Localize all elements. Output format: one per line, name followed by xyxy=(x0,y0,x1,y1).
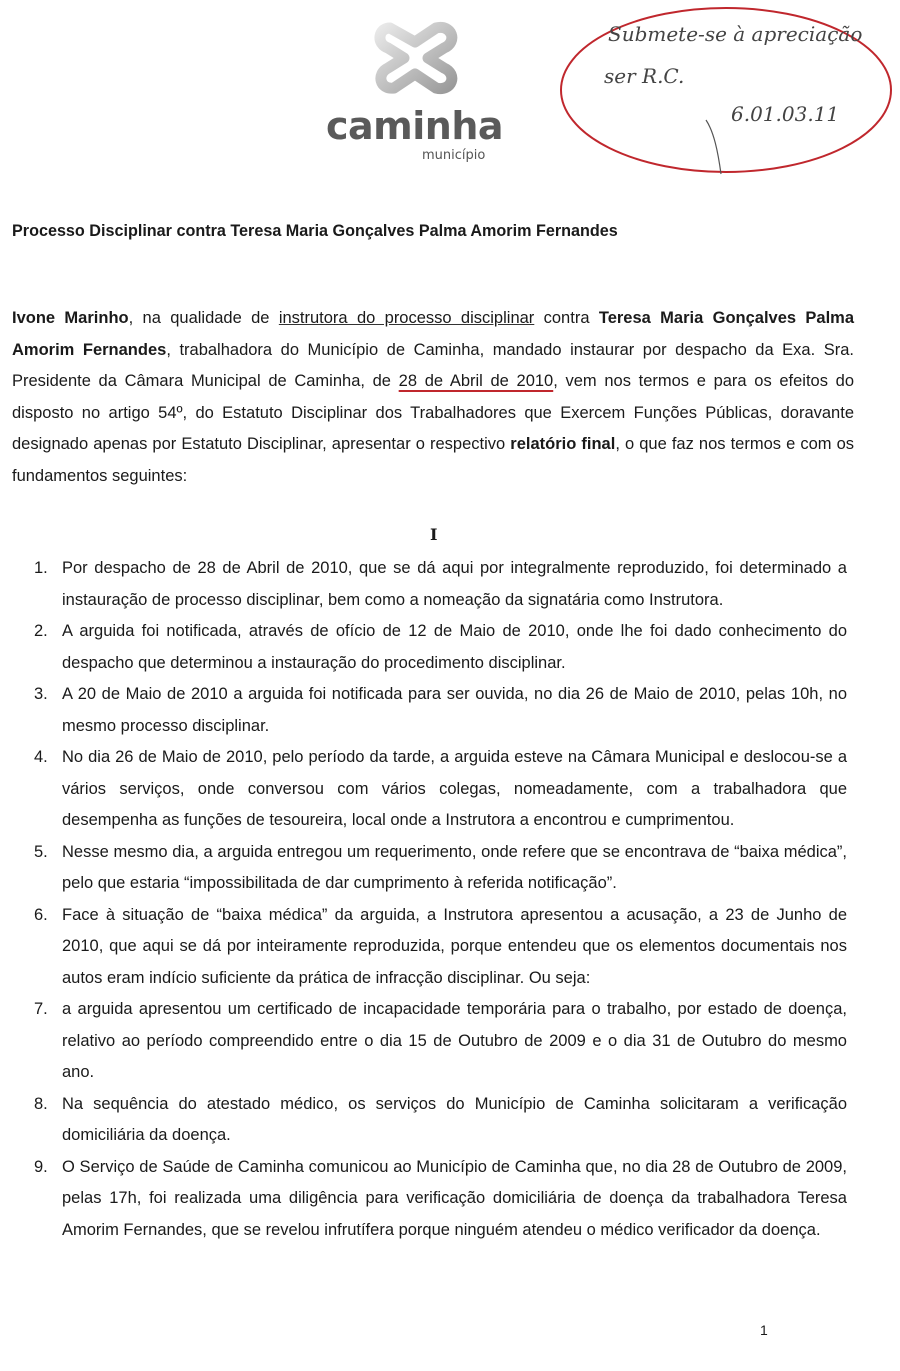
list-item: 9.O Serviço de Saúde de Caminha comunico… xyxy=(0,1152,847,1247)
municipality-logo: caminha município xyxy=(318,18,518,158)
list-item-number: 3. xyxy=(34,679,48,711)
list-item: 6.Face à situação de “baixa médica” da a… xyxy=(0,900,847,995)
logo-subtitle: município xyxy=(422,148,485,163)
list-item: 2.A arguida foi notificada, através de o… xyxy=(0,616,847,679)
list-item: 7.a arguida apresentou um certificado de… xyxy=(0,994,847,1089)
list-item-text: Nesse mesmo dia, a arguida entregou um r… xyxy=(62,843,847,893)
list-item-text: Na sequência do atestado médico, os serv… xyxy=(62,1095,847,1145)
intro-text: contra xyxy=(534,309,599,327)
list-item-text: Face à situação de “baixa médica” da arg… xyxy=(62,906,847,987)
annotation-line-2: ser R.C. xyxy=(604,64,684,88)
list-item-number: 5. xyxy=(34,837,48,869)
list-item: 8.Na sequência do atestado médico, os se… xyxy=(0,1089,847,1152)
numbered-list: 1.Por despacho de 28 de Abril de 2010, q… xyxy=(0,553,900,1246)
instructor-name: Ivone Marinho xyxy=(12,309,129,327)
instructor-role: instrutora do processo disciplinar xyxy=(279,309,534,327)
list-item: 3.A 20 de Maio de 2010 a arguida foi not… xyxy=(0,679,847,742)
list-item: 5.Nesse mesmo dia, a arguida entregou um… xyxy=(0,837,847,900)
list-item-number: 2. xyxy=(34,616,48,648)
logo-wordmark: caminha xyxy=(326,106,503,146)
list-item: 1.Por despacho de 28 de Abril de 2010, q… xyxy=(0,553,847,616)
list-item-text: A 20 de Maio de 2010 a arguida foi notif… xyxy=(62,685,847,735)
document-title: Processo Disciplinar contra Teresa Maria… xyxy=(12,222,618,241)
list-item-number: 9. xyxy=(34,1152,48,1184)
caminha-logo-mark-icon xyxy=(370,18,460,98)
list-item-number: 7. xyxy=(34,994,48,1026)
intro-text: , na qualidade de xyxy=(129,309,279,327)
list-item-text: a arguida apresentou um certificado de i… xyxy=(62,1000,847,1081)
report-label: relatório final xyxy=(510,435,615,453)
intro-paragraph: Ivone Marinho, na qualidade de instrutor… xyxy=(12,303,854,492)
list-item-text: A arguida foi notificada, através de ofí… xyxy=(62,622,847,672)
section-heading: I xyxy=(430,525,437,544)
list-item-number: 6. xyxy=(34,900,48,932)
page-number: 1 xyxy=(760,1322,768,1338)
handwritten-annotation: Submete-se à apreciação ser R.C. 6.01.03… xyxy=(556,2,900,177)
annotation-line-3: 6.01.03.11 xyxy=(731,102,839,126)
annotation-line-1: Submete-se à apreciação xyxy=(608,22,862,46)
list-item-text: No dia 26 de Maio de 2010, pelo período … xyxy=(62,748,847,829)
list-item-number: 4. xyxy=(34,742,48,774)
list-item-text: Por despacho de 28 de Abril de 2010, que… xyxy=(62,559,847,609)
list-item-text: O Serviço de Saúde de Caminha comunicou … xyxy=(62,1158,847,1239)
order-date: 28 de Abril de 2010 xyxy=(399,372,554,390)
list-item-number: 1. xyxy=(34,553,48,585)
list-item-number: 8. xyxy=(34,1089,48,1121)
list-item: 4.No dia 26 de Maio de 2010, pelo períod… xyxy=(0,742,847,837)
